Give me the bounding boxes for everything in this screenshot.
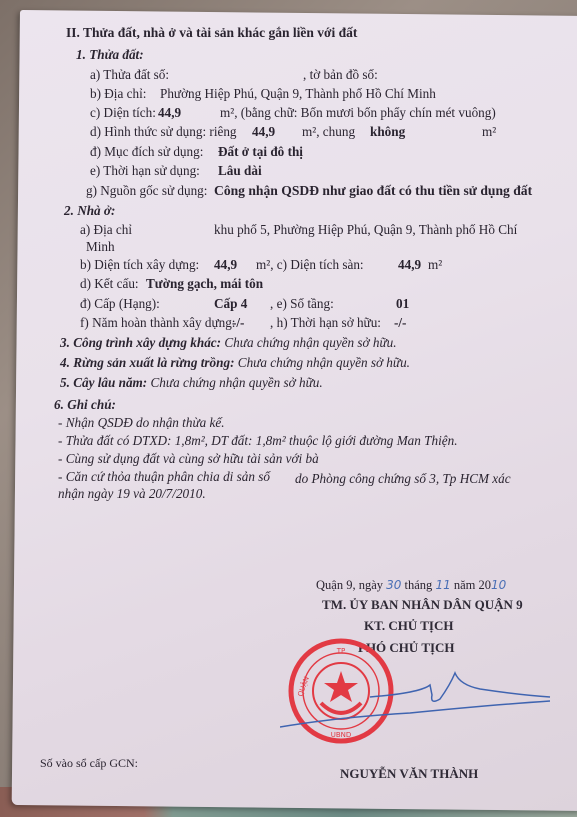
house-address-label: a) Địa chỉ [80,222,132,238]
date-prefix: Quận 9, ngày [316,578,383,592]
date-day: 30 [386,578,401,592]
built-area-label: b) Diện tích xây dựng: [80,257,199,273]
ownership-term-value: -/- [394,315,406,331]
floor-area-label: m², c) Diện tích sàn: [256,257,364,273]
usage-unit: m² [482,124,496,140]
built-area-value: 44,9 [214,257,237,273]
note-item: - Cùng sử dụng đất và cùng sở hữu tài sả… [58,451,319,467]
structure-label: d) Kết cấu: [80,276,139,292]
other-construction-row: 3. Công trình xây dựng khác: Chưa chứng … [60,335,397,351]
section-title: II. Thửa đất, nhà ở và tài sản khác gắn … [66,25,357,41]
perennial-value: Chưa chứng nhận quyền sở hữu. [151,375,323,390]
issue-date: Quận 9, ngày 30 tháng 11 năm 2010 [316,578,506,593]
land-address-value: Phường Hiệp Phú, Quận 9, Thành phố Hồ Ch… [160,86,436,102]
signer-name: NGUYỄN VĂN THÀNH [340,766,478,782]
purpose-value: Đất ở tại đô thị [218,144,303,160]
certificate-content: II. Thửa đất, nhà ở và tài sản khác gắn … [0,0,577,817]
note-item: - Thửa đất có DTXD: 1,8m², DT đất: 1,8m²… [58,433,458,449]
usage-private-value: 44,9 [252,124,275,140]
registry-label: Số vào sổ cấp GCN: [40,756,138,771]
forest-row: 4. Rừng sản xuất là rừng trồng: Chưa chứ… [60,355,410,371]
origin-value: Công nhận QSDĐ như giao đất có thu tiền … [214,183,532,199]
land-area-label: c) Diện tích: [90,105,156,121]
other-construction-heading: 3. Công trình xây dựng khác: [60,335,221,350]
structure-value: Tường gạch, mái tôn [146,276,263,292]
date-month: 11 [435,578,450,592]
house-address-cont: Minh [86,239,115,255]
note-item: - Nhận QSDĐ do nhận thừa kế. [58,415,225,431]
land-area-value: 44,9 [158,105,181,121]
completion-label: f) Năm hoàn thành xây dựng: [80,315,235,331]
other-construction-value: Chưa chứng nhận quyền sở hữu. [224,335,396,350]
floor-area-unit: m² [428,257,442,273]
role-primary: KT. CHỦ TỊCH [364,618,453,634]
perennial-heading: 5. Cây lâu năm: [60,375,147,390]
usage-shared-value: không [370,124,405,140]
completion-value: -/- [232,315,244,331]
note-item: do Phòng công chứng số 3, Tp HCM xác [295,471,511,487]
usage-form-label: d) Hình thức sử dụng: riêng [90,124,237,140]
land-area-words: m², (bằng chữ: Bốn mươi bốn phẩy chín mé… [220,105,496,121]
signature-scribble [280,655,570,735]
notes-heading: 6. Ghi chú: [54,397,116,413]
term-label: e) Thời hạn sử dụng: [90,163,200,179]
grade-label: đ) Cấp (Hạng): [80,296,160,312]
plot-number-label: a) Thửa đất số: [90,67,169,83]
issuing-org: TM. ỦY BAN NHÂN DÂN QUẬN 9 [322,597,523,613]
date-year-suffix: 10 [491,578,506,592]
ownership-term-label: , h) Thời hạn sở hữu: [270,315,381,331]
usage-shared-label: m², chung [302,124,355,140]
note-item: nhận ngày 19 và 20/7/2010. [58,486,206,502]
month-label: tháng [405,578,433,592]
origin-label: g) Nguồn gốc sử dụng: [86,183,207,199]
perennial-row: 5. Cây lâu năm: Chưa chứng nhận quyền sở… [60,375,323,391]
note-item: - Căn cứ thỏa thuận phân chia di sản số [58,469,270,485]
house-address-value: khu phố 5, Phường Hiệp Phú, Quận 9, Thàn… [214,222,517,238]
floors-label: , e) Số tầng: [270,296,334,312]
land-heading: 1. Thửa đất: [76,47,144,63]
svg-text:TP: TP [336,647,346,655]
forest-heading: 4. Rừng sản xuất là rừng trồng: [60,355,234,370]
term-value: Lâu dài [218,163,262,179]
year-label: năm 20 [454,578,491,592]
forest-value: Chưa chứng nhận quyền sở hữu. [238,355,410,370]
land-address-label: b) Địa chỉ: [90,86,146,102]
map-sheet-label: , tờ bản đồ số: [303,67,378,83]
house-heading: 2. Nhà ở: [64,203,115,219]
floor-area-value: 44,9 [398,257,421,273]
grade-value: Cấp 4 [214,296,247,312]
purpose-label: đ) Mục đích sử dụng: [90,144,203,160]
floors-value: 01 [396,296,409,312]
